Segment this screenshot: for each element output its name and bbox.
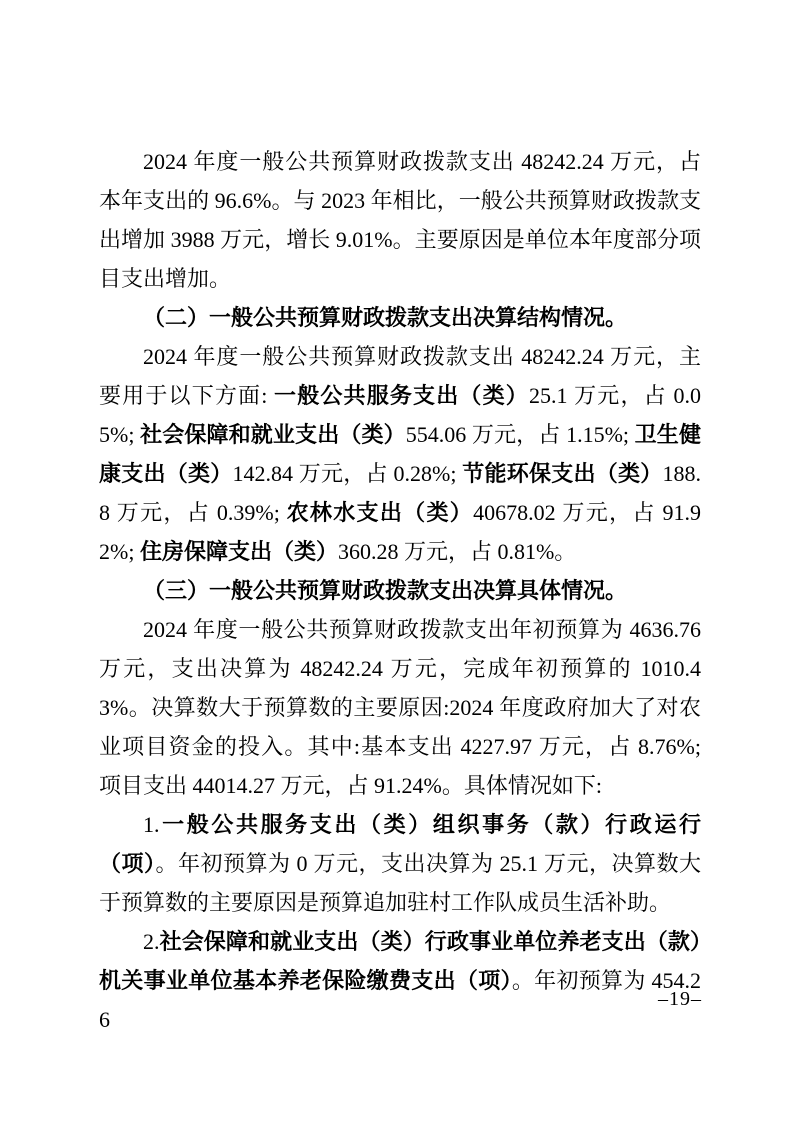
text-run: 2. xyxy=(143,929,160,954)
text-run: 360.28 万元，占 0.81%。 xyxy=(338,539,576,564)
document-content: 2024 年度一般公共预算财政拨款支出 48242.24 万元，占本年支出的 9… xyxy=(99,142,701,1039)
para-item-1: 1.一般公共服务支出（类）组织事务（款）行政运行（项）。年初预算为 0 万元，支… xyxy=(99,805,701,922)
heading-text: （三）一般公共预算财政拨款支出决算具体情况。 xyxy=(143,578,627,603)
text-run-bold: 农林水支出（类） xyxy=(287,500,473,525)
heading-section-2: （二）一般公共预算财政拨款支出决算结构情况。 xyxy=(99,298,701,337)
text-run: 2024 年度一般公共预算财政拨款支出 48242.24 万元，占本年支出的 9… xyxy=(99,149,701,291)
text-run: 。年初预算为 0 万元，支出决算为 25.1 万元，决算数大于预算数的主要原因是… xyxy=(99,851,701,915)
text-run: 142.84 万元，占 0.28%; xyxy=(233,461,463,486)
text-run-bold: 一般公共服务支出（类） xyxy=(274,383,529,408)
text-run: 2024 年度一般公共预算财政拨款支出年初预算为 4636.76 万元，支出决算… xyxy=(99,617,701,798)
heading-section-3: （三）一般公共预算财政拨款支出决算具体情况。 xyxy=(99,571,701,610)
page-number: –19– xyxy=(658,987,702,1011)
para-expenditure-overview: 2024 年度一般公共预算财政拨款支出 48242.24 万元，占本年支出的 9… xyxy=(99,142,701,298)
heading-text: （二）一般公共预算财政拨款支出决算结构情况。 xyxy=(143,305,627,330)
text-run-bold: 住房保障支出（类） xyxy=(140,539,338,564)
text-run: 554.06 万元，占 1.15%; xyxy=(406,422,635,447)
text-run: 1. xyxy=(143,812,160,837)
text-run-bold: 节能环保支出（类） xyxy=(462,461,662,486)
para-structure-breakdown: 2024 年度一般公共预算财政拨款支出 48242.24 万元，主要用于以下方面… xyxy=(99,337,701,571)
para-budget-vs-final: 2024 年度一般公共预算财政拨款支出年初预算为 4636.76 万元，支出决算… xyxy=(99,610,701,805)
text-run-bold: 社会保障和就业支出（类） xyxy=(140,422,406,447)
para-item-2: 2.社会保障和就业支出（类）行政事业单位养老支出（款）机关事业单位基本养老保险缴… xyxy=(99,922,701,1039)
document-page: 2024 年度一般公共预算财政拨款支出 48242.24 万元，占本年支出的 9… xyxy=(0,0,793,1122)
